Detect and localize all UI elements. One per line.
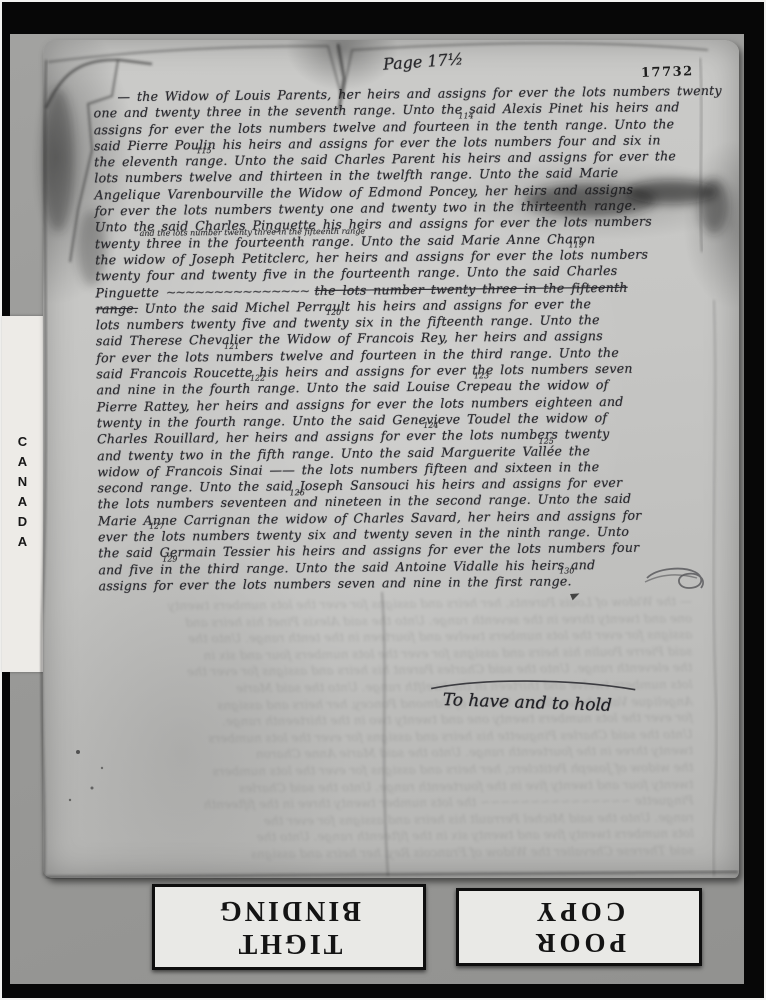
- microfilm-scan: CANADA Page 17½ 17732 — the Widow of Lou…: [0, 0, 766, 1000]
- manuscript-text-block: — the Widow of Louis Parents, her heirs …: [93, 83, 738, 595]
- archive-stamp-number: 17732: [641, 64, 694, 81]
- flourish-scribble: [643, 560, 709, 594]
- bleedthrough-text: — the Widow of Louis Parents, her heirs …: [92, 593, 694, 870]
- poor-copy-label: POOR COPY: [532, 896, 626, 958]
- document-paper: Page 17½ 17732 — the Widow of Louis Pare…: [43, 40, 739, 878]
- page-number-label: Page 17½: [382, 49, 463, 74]
- poor-copy-line1: POOR: [532, 927, 626, 958]
- poor-copy-line2: COPY: [532, 896, 626, 927]
- canada-label: CANADA: [15, 434, 30, 554]
- canada-side-label-strip: CANADA: [2, 316, 43, 672]
- poor-copy-card: POOR COPY: [456, 888, 702, 966]
- tight-binding-card: TIGHT BINDING: [152, 884, 426, 970]
- tight-binding-line1: TIGHT: [217, 927, 361, 960]
- tight-binding-label: TIGHT BINDING: [217, 894, 361, 960]
- tight-binding-line2: BINDING: [217, 894, 361, 927]
